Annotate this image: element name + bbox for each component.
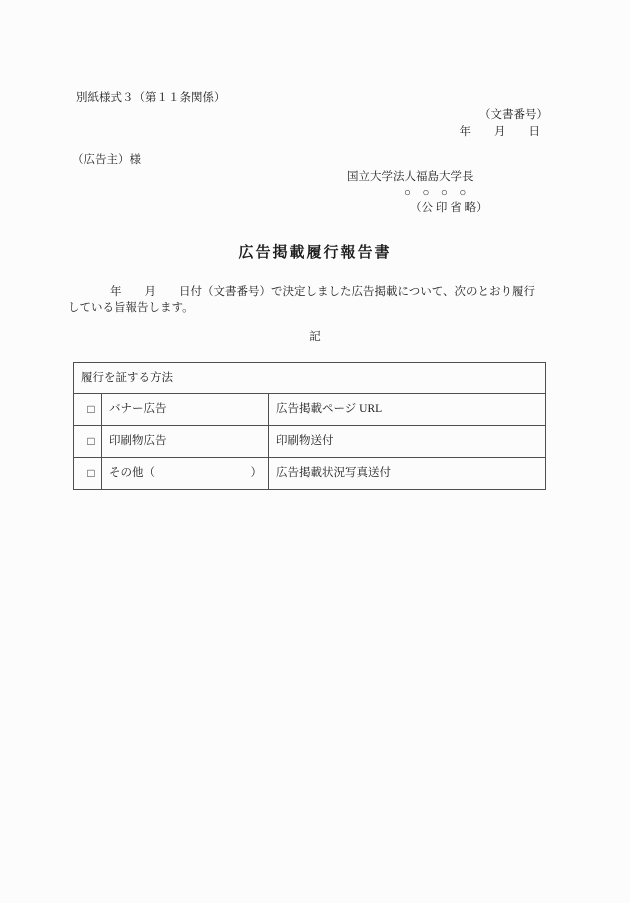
document-title: 広告掲載履行報告書 bbox=[0, 244, 630, 263]
table-row-banner-ad: □ バナー広告 広告掲載ページ URL bbox=[74, 394, 546, 426]
document-number-placeholder: （文書番号） bbox=[479, 108, 548, 122]
proof-cell-print-ad: 印刷物送付 bbox=[269, 426, 546, 458]
proof-method-table-container: 履行を証する方法 □ バナー広告 広告掲載ページ URL □ 印刷物広告 印刷物… bbox=[73, 362, 546, 490]
form-reference: 別紙様式３（第１１条関係） bbox=[76, 91, 226, 105]
seal-omitted-note: （公 印 省 略） bbox=[410, 201, 488, 215]
table-header-cell: 履行を証する方法 bbox=[74, 363, 546, 394]
proof-cell-other: 広告掲載状況写真送付 bbox=[269, 458, 546, 490]
proof-cell-banner-ad: 広告掲載ページ URL bbox=[269, 394, 546, 426]
body-line-2: している旨報告します。 bbox=[68, 300, 565, 316]
sender-name-placeholder: ○ ○ ○ ○ bbox=[404, 186, 466, 200]
table-row-other: □ その他（ ） 広告掲載状況写真送付 bbox=[74, 458, 546, 490]
table-header-row: 履行を証する方法 bbox=[74, 363, 546, 394]
note-marker: 記 bbox=[0, 330, 630, 344]
method-other-open: その他（ bbox=[109, 466, 155, 480]
method-cell-other: その他（ ） bbox=[102, 458, 269, 490]
report-document-page: 別紙様式３（第１１条関係） （文書番号） 年 月 日 （広告主）様 国立大学法人… bbox=[0, 0, 630, 903]
checkbox-print-ad[interactable]: □ bbox=[74, 426, 102, 458]
date-line: 年 月 日 bbox=[460, 125, 541, 139]
proof-method-table: 履行を証する方法 □ バナー広告 広告掲載ページ URL □ 印刷物広告 印刷物… bbox=[73, 362, 546, 490]
sender-title: 国立大学法人福島大学長 bbox=[347, 170, 474, 184]
body-paragraph: 年 月 日付（文書番号）で決定しました広告掲載について、次のとおり履行 している… bbox=[68, 284, 565, 316]
method-cell-banner-ad: バナー広告 bbox=[102, 394, 269, 426]
checkbox-other[interactable]: □ bbox=[74, 458, 102, 490]
addressee-line: （広告主）様 bbox=[72, 153, 141, 167]
method-other-close: ） bbox=[251, 466, 263, 480]
table-row-print-ad: □ 印刷物広告 印刷物送付 bbox=[74, 426, 546, 458]
body-line-1: 年 月 日付（文書番号）で決定しました広告掲載について、次のとおり履行 bbox=[68, 284, 565, 300]
method-cell-print-ad: 印刷物広告 bbox=[102, 426, 269, 458]
checkbox-banner-ad[interactable]: □ bbox=[74, 394, 102, 426]
